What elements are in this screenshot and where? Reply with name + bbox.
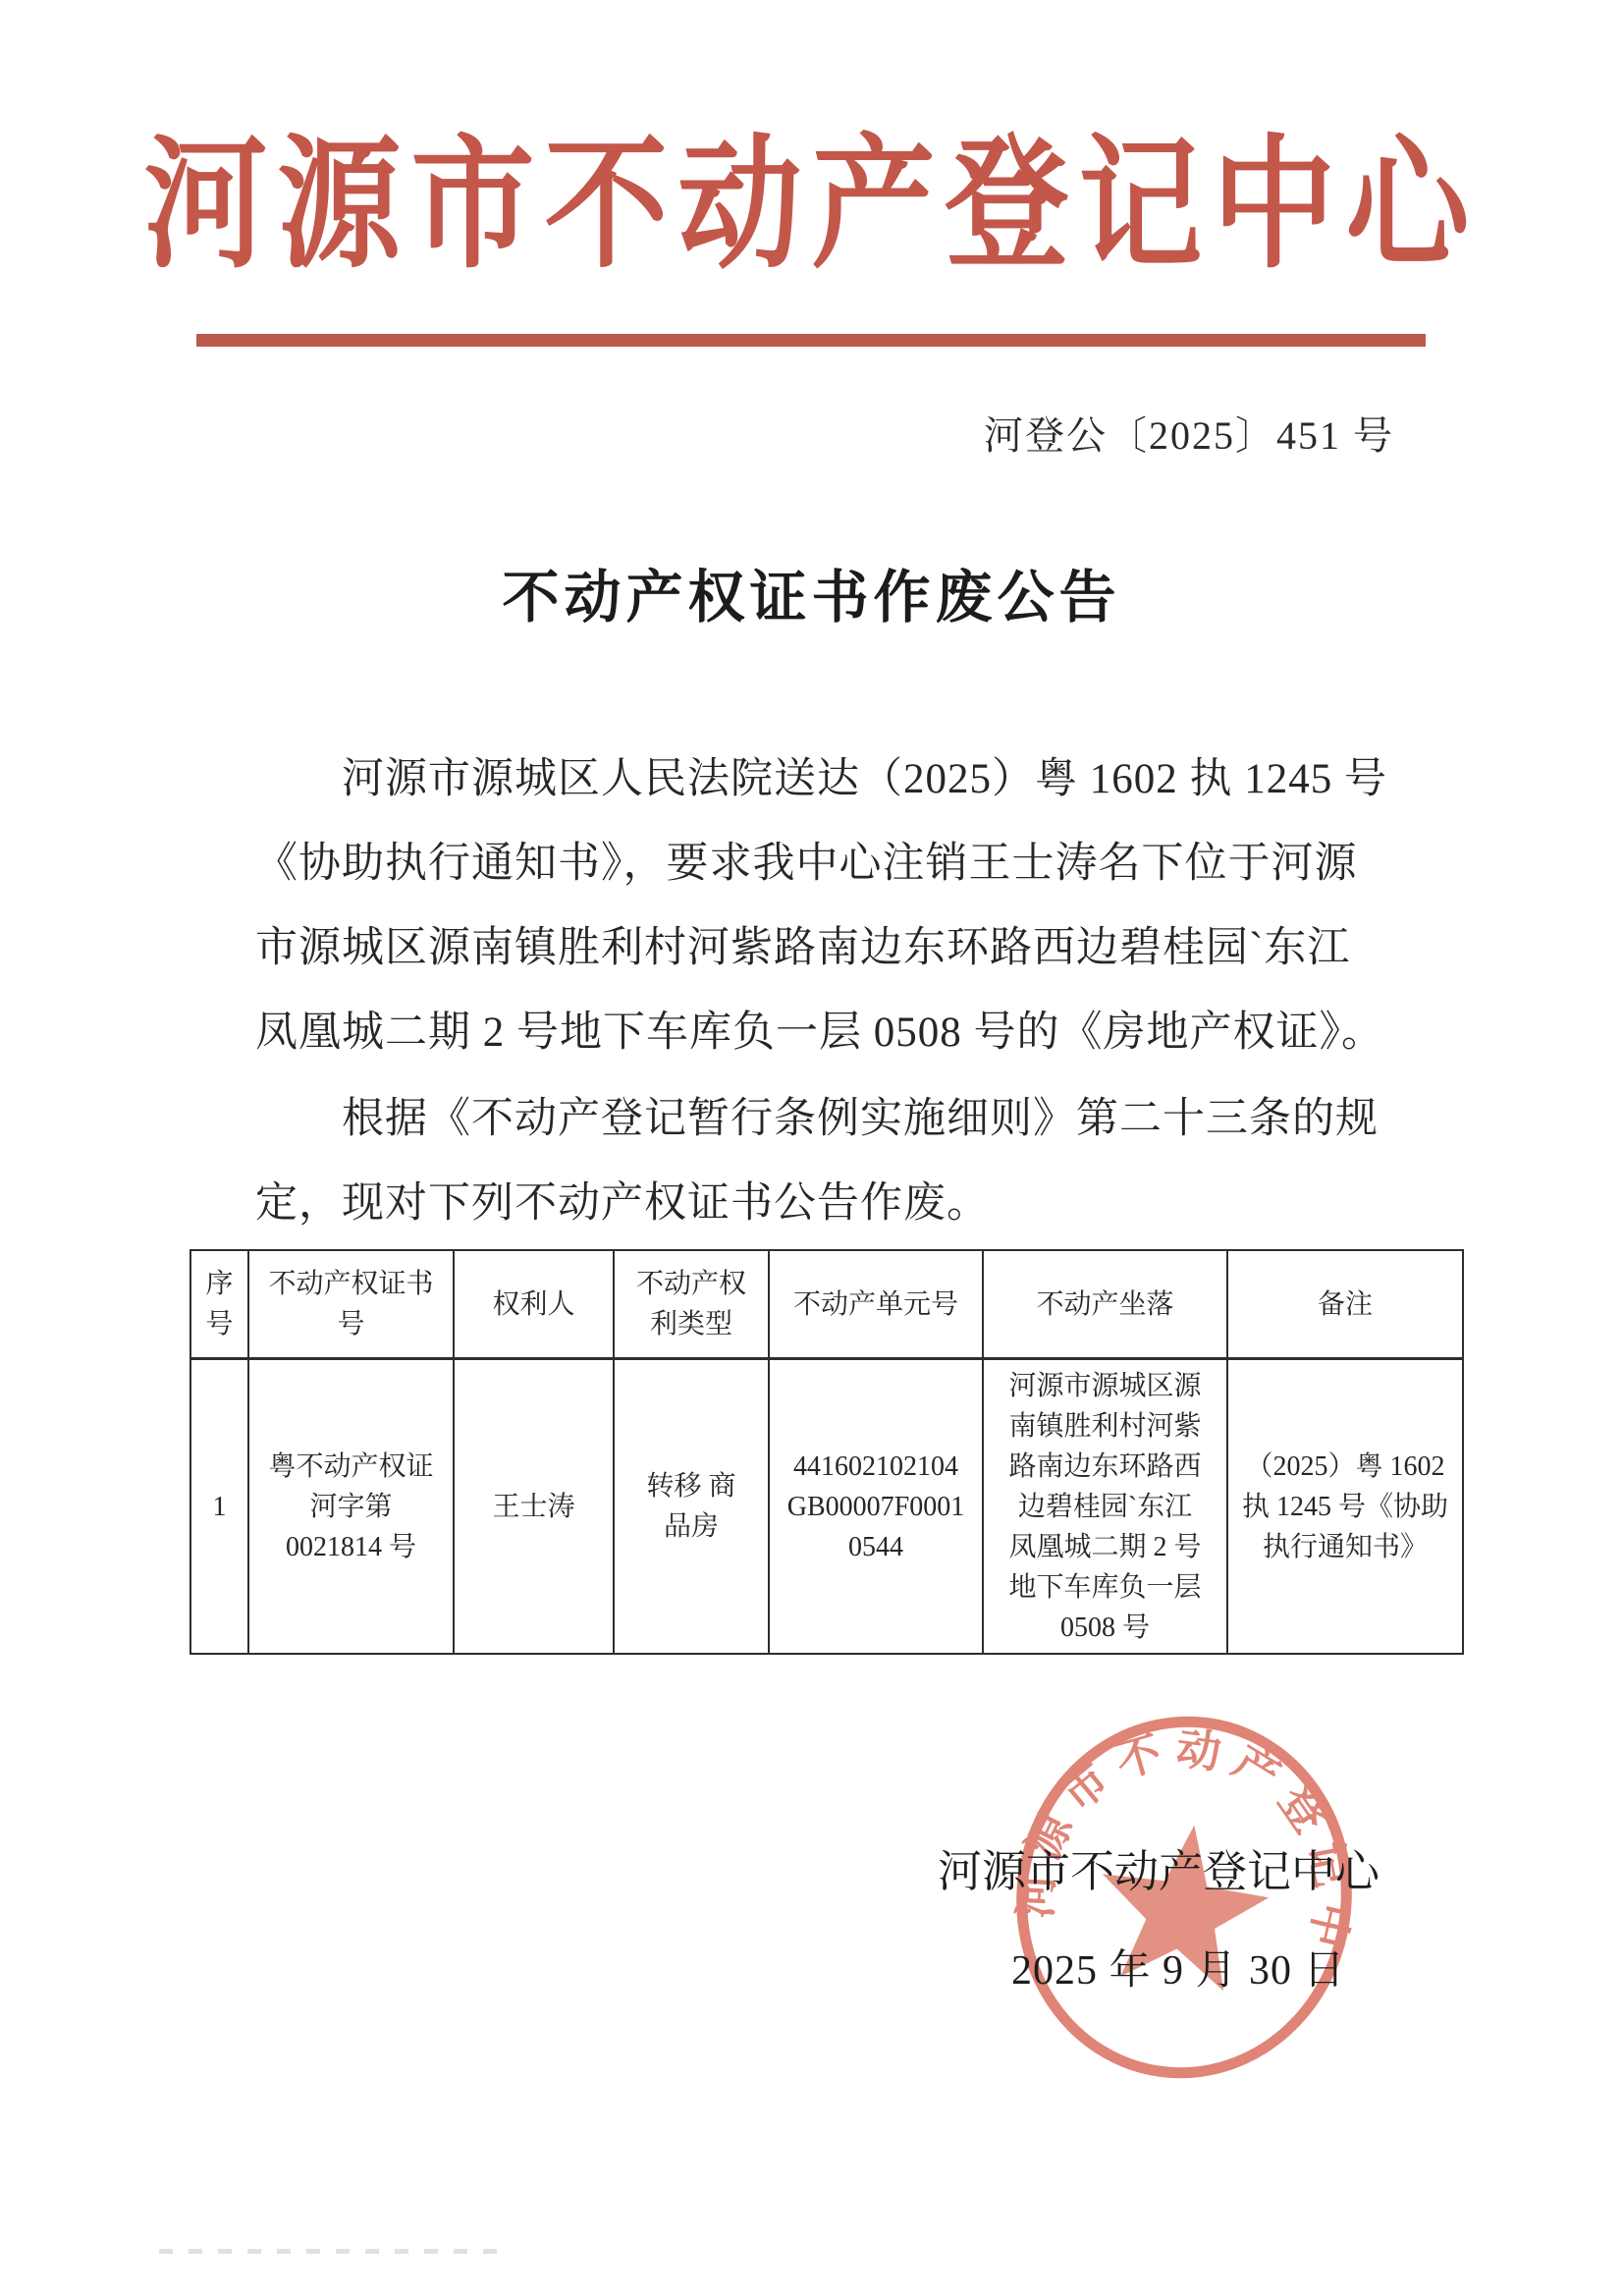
table-header-cell-cert-number: 不动产权证书 号: [248, 1250, 454, 1359]
table-cell-index: 1: [190, 1359, 248, 1655]
signature-org-name: 河源市不动产登记中心: [938, 1846, 1380, 1897]
table-header-cell-location: 不动产坐落: [983, 1250, 1227, 1359]
table-header-cell-unit-number: 不动产单元号: [769, 1250, 983, 1359]
table-cell-location: 河源市源城区源 南镇胜利村河紫 路南边东环路西 边碧桂园`东江 凤凰城二期 2 …: [983, 1359, 1227, 1655]
scanner-noise-artifact: [159, 2249, 503, 2254]
table-header-row: 序 号 不动产权证书 号 权利人 不动产权 利类型 不动产单元号 不动产坐落 备…: [190, 1250, 1463, 1359]
table-header-cell-remarks: 备注: [1227, 1250, 1463, 1359]
table-cell-remarks: （2025）粤 1602 执 1245 号《协助 执行通知书》: [1227, 1359, 1463, 1655]
table-header-cell-holder: 权利人: [454, 1250, 614, 1359]
table-header-cell-right-type: 不动产权 利类型: [614, 1250, 769, 1359]
letterhead-org-title: 河源市不动产登记中心: [0, 136, 1623, 279]
body-paragraph-2: 根据《不动产登记暂行条例实施细则》第二十三条的规 定，现对下列不动产权证书公告作…: [255, 1077, 1532, 1246]
letterhead-divider-rule: [196, 334, 1426, 347]
table-cell-holder: 王士涛: [454, 1359, 614, 1655]
table-row: 1 粤不动产权证 河字第 0021814 号 王士涛 转移 商 品房 44160…: [190, 1359, 1463, 1655]
table-cell-cert-number: 粤不动产权证 河字第 0021814 号: [248, 1359, 454, 1655]
invalidated-certificates-table: 序 号 不动产权证书 号 权利人 不动产权 利类型 不动产单元号 不动产坐落 备…: [189, 1249, 1464, 1655]
body-paragraph-1: 河源市源城区人民法院送达（2025）粤 1602 执 1245 号 《协助执行通…: [255, 738, 1532, 1075]
table-cell-right-type: 转移 商 品房: [614, 1359, 769, 1655]
document-reference-number: 河登公〔2025〕451 号: [903, 412, 1394, 460]
signature-date: 2025 年 9 月 30 日: [1011, 1946, 1346, 1995]
notice-title: 不动产权证书作废公告: [0, 566, 1623, 630]
table-cell-unit-number: 441602102104 GB00007F0001 0544: [769, 1359, 983, 1655]
official-seal-stamp: 河源市不动产登记中心: [1007, 1706, 1361, 2089]
document-page: 河源市不动产登记中心 河登公〔2025〕451 号 不动产权证书作废公告 河源市…: [0, 0, 1623, 2296]
table-header-cell-index: 序 号: [190, 1250, 248, 1359]
